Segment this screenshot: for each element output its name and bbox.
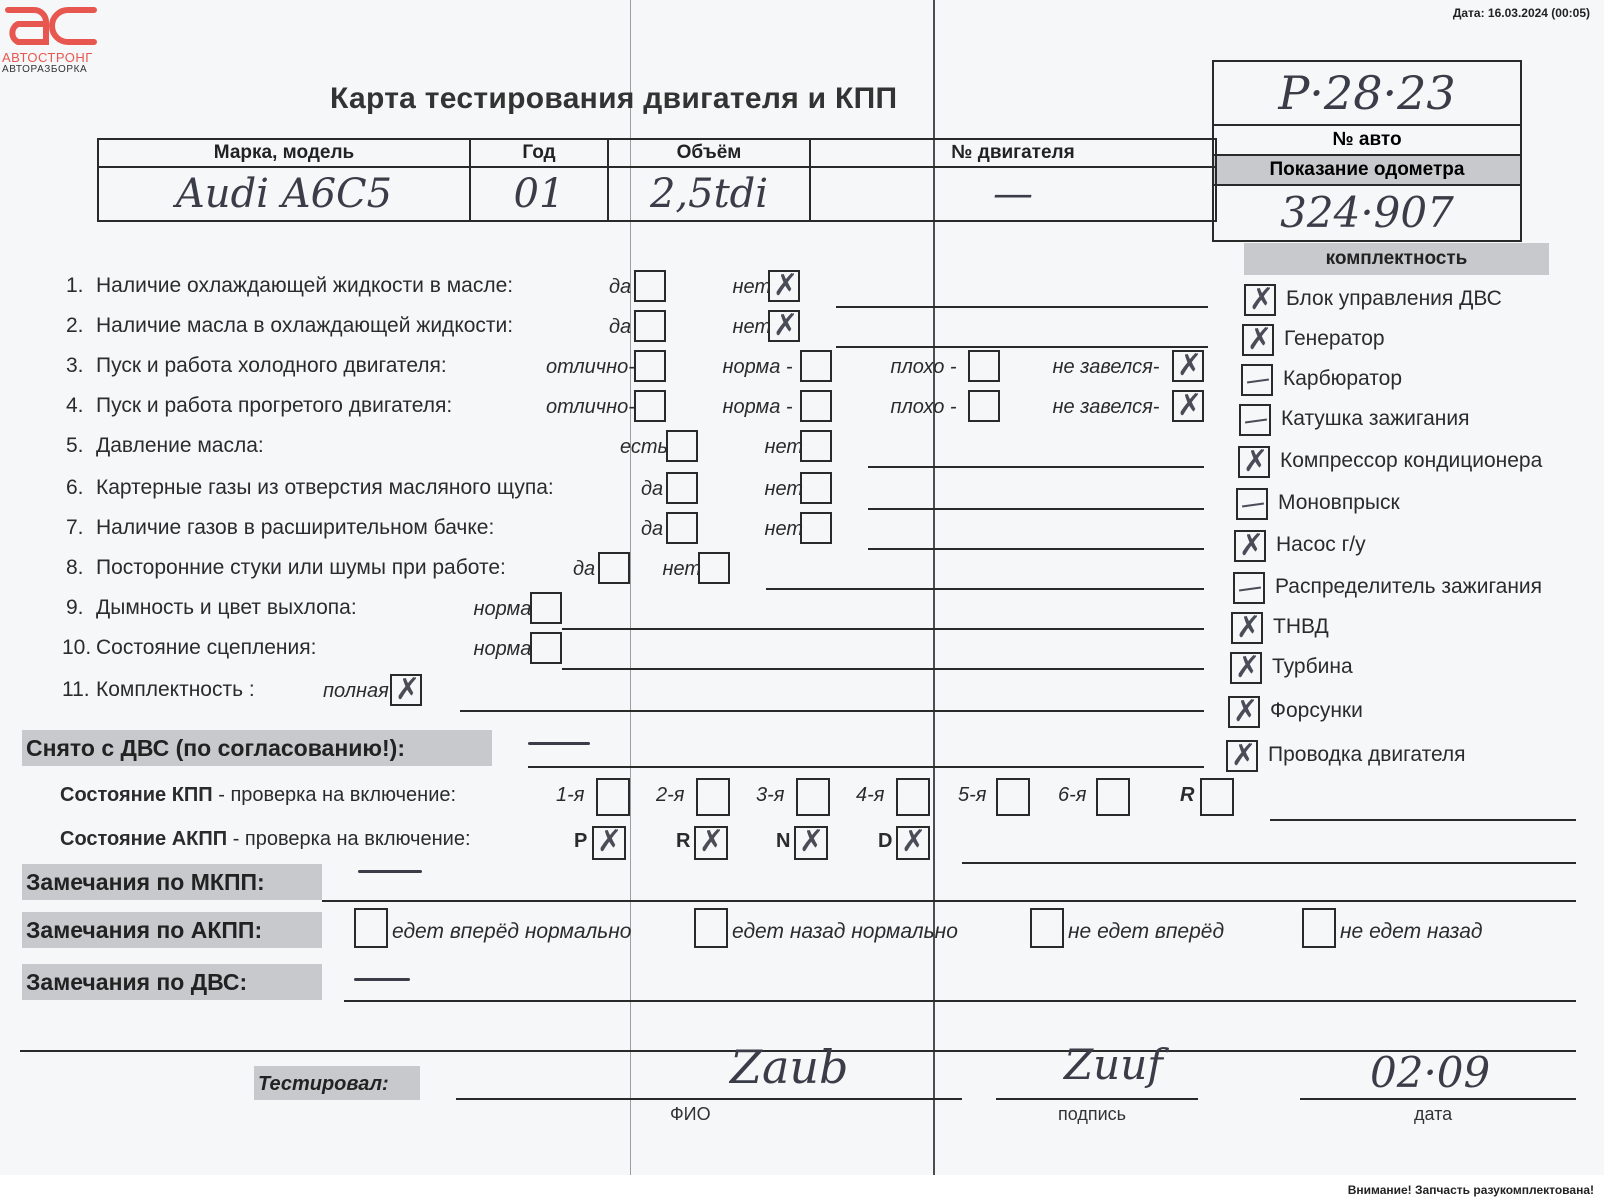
- at-remarks-label: Замечания по АКПП:: [22, 912, 322, 948]
- question-text: Пуск и работа прогретого двигателя:: [96, 394, 452, 418]
- question-label: 3.: [66, 354, 84, 378]
- question-label: 2.: [66, 314, 84, 338]
- mt-remarks-dash[interactable]: [358, 870, 422, 873]
- option-checkbox[interactable]: [666, 430, 698, 462]
- mt-remarks-label: Замечания по МКПП:: [22, 864, 322, 900]
- removed-label: Снято с ДВС (по согласованию!):: [22, 730, 492, 766]
- mt-check-label: Состояние КПП - проверка на включение:: [60, 784, 456, 807]
- completeness-checkbox[interactable]: [1230, 652, 1262, 684]
- mt-gear-label: 3-я: [756, 784, 784, 807]
- auto-number-value[interactable]: P·28·23: [1214, 62, 1520, 126]
- mt-gear-checkbox[interactable]: [796, 778, 830, 816]
- make-model-label: Марка, модель: [98, 139, 470, 167]
- option-label: плохо -: [891, 356, 957, 379]
- option-label: есть: [620, 436, 668, 459]
- signature-label: подпись: [1058, 1104, 1126, 1125]
- completeness-checkbox[interactable]: [1231, 612, 1263, 644]
- option-checkbox[interactable]: [390, 674, 422, 706]
- answer-line: [836, 346, 1208, 348]
- completeness-item-label: Генератор: [1284, 327, 1385, 351]
- at-gear-label: R: [676, 830, 690, 853]
- question-label: 5.: [66, 434, 84, 458]
- completeness-checkbox[interactable]: [1241, 364, 1273, 396]
- question-text: Дымность и цвет выхлопа:: [96, 596, 357, 620]
- at-gear-label: D: [878, 830, 892, 853]
- completeness-checkbox[interactable]: [1244, 284, 1276, 316]
- completeness-checkbox[interactable]: [1234, 530, 1266, 562]
- answer-line: [562, 628, 1204, 630]
- option-label: да: [573, 558, 595, 581]
- engine-number-label: № двигателя: [810, 139, 1216, 167]
- mt-gear-label: 1-я: [556, 784, 584, 807]
- name-line: [456, 1098, 962, 1100]
- name-label: ФИО: [670, 1104, 711, 1125]
- option-label: нет: [765, 436, 804, 459]
- answer-line: [562, 668, 1204, 670]
- tested-by-label: Тестировал:: [254, 1066, 420, 1100]
- option-checkbox[interactable]: [768, 310, 800, 342]
- option-label: не завелся-: [1053, 356, 1160, 379]
- option-label: норма -: [723, 396, 793, 419]
- year-value[interactable]: 01: [470, 167, 608, 221]
- at-remark-label: не едет вперёд: [1068, 920, 1224, 944]
- completeness-item-label: ТНВД: [1273, 615, 1329, 639]
- volume-value[interactable]: 2,5tdi: [608, 167, 810, 221]
- answer-line: [836, 306, 1208, 308]
- at-gear-checkbox[interactable]: [694, 826, 728, 860]
- option-checkbox[interactable]: [800, 390, 832, 422]
- option-checkbox[interactable]: [768, 270, 800, 302]
- option-label: да: [641, 518, 663, 541]
- at-remark-checkbox[interactable]: [1030, 908, 1064, 948]
- completeness-item-label: Распределитель зажигания: [1275, 575, 1542, 599]
- option-checkbox[interactable]: [634, 270, 666, 302]
- engine-remarks-dash[interactable]: [354, 978, 410, 981]
- mt-remarks-line: [322, 900, 1576, 902]
- completeness-checkbox[interactable]: [1242, 324, 1274, 356]
- volume-label: Объём: [608, 139, 810, 167]
- at-remark-label: едет назад нормально: [732, 920, 958, 944]
- completeness-checkbox[interactable]: [1226, 740, 1258, 772]
- option-label: нет: [733, 276, 772, 299]
- completeness-item-label: Катушка зажигания: [1281, 407, 1469, 431]
- mt-gear-checkbox[interactable]: [596, 778, 630, 816]
- question-text: Посторонние стуки или шумы при работе:: [96, 556, 506, 580]
- completeness-item-label: Турбина: [1272, 655, 1353, 679]
- option-checkbox[interactable]: [598, 552, 630, 584]
- at-gear-checkbox[interactable]: [794, 826, 828, 860]
- auto-number-label: № авто: [1214, 126, 1520, 156]
- test-card-sheet: АВТОСТРОНГ АВТОРАЗБОРКА Дата: 16.03.2024…: [0, 0, 1604, 1175]
- option-label: нет: [765, 478, 804, 501]
- removed-value-dash[interactable]: [528, 742, 590, 745]
- completeness-checkbox[interactable]: [1236, 488, 1268, 520]
- option-checkbox[interactable]: [530, 592, 562, 624]
- tester-signature[interactable]: Zuuf: [1064, 1040, 1163, 1089]
- completeness-item-label: Форсунки: [1270, 699, 1363, 723]
- option-checkbox[interactable]: [1172, 350, 1204, 382]
- mt-gear-checkbox[interactable]: [896, 778, 930, 816]
- completeness-checkbox[interactable]: [1228, 696, 1260, 728]
- question-label: 6.: [66, 476, 84, 500]
- at-gear-checkbox[interactable]: [592, 826, 626, 860]
- completeness-checkbox[interactable]: [1238, 446, 1270, 478]
- option-checkbox[interactable]: [800, 430, 832, 462]
- option-label: да: [609, 316, 631, 339]
- option-checkbox[interactable]: [634, 310, 666, 342]
- brand-name: АВТОСТРОНГ: [2, 50, 93, 65]
- option-label: норма -: [723, 356, 793, 379]
- question-label: 4.: [66, 394, 84, 418]
- autostrong-logo-icon: [2, 2, 98, 48]
- option-label: да: [609, 276, 631, 299]
- answer-line: [766, 588, 1204, 590]
- tester-name[interactable]: Zaub: [730, 1040, 848, 1094]
- question-label: 8.: [66, 556, 84, 580]
- answer-line: [868, 466, 1204, 468]
- question-text: Состояние сцепления:: [96, 636, 316, 660]
- mt-gear-label: 5-я: [958, 784, 986, 807]
- question-label: 11.: [62, 678, 90, 702]
- mt-gear-checkbox[interactable]: [696, 778, 730, 816]
- option-checkbox[interactable]: [800, 350, 832, 382]
- option-checkbox[interactable]: [698, 552, 730, 584]
- completeness-item-label: Проводка двигателя: [1268, 743, 1466, 767]
- option-label: норма: [474, 638, 532, 661]
- option-checkbox[interactable]: [968, 390, 1000, 422]
- at-remark-checkbox[interactable]: [1302, 908, 1336, 948]
- mt-gear-checkbox[interactable]: [996, 778, 1030, 816]
- completeness-header: комплектность: [1244, 243, 1549, 275]
- at-line: [962, 862, 1576, 864]
- question-label: 9.: [66, 596, 84, 620]
- mt-gear-label: 2-я: [656, 784, 684, 807]
- completeness-item-label: Блок управления ДВС: [1286, 287, 1502, 311]
- mt-gear-label: 4-я: [856, 784, 884, 807]
- option-label: норма: [474, 598, 532, 621]
- completeness-checkbox[interactable]: [1233, 572, 1265, 604]
- completeness-checkbox[interactable]: [1239, 404, 1271, 436]
- incomplete-warning: Внимание! Запчасть разукомплектована!: [1348, 1183, 1594, 1197]
- at-gear-label: P: [574, 830, 587, 853]
- option-checkbox[interactable]: [1172, 390, 1204, 422]
- question-label: 10.: [62, 636, 91, 660]
- mt-gear-checkbox[interactable]: [1096, 778, 1130, 816]
- answer-line: [868, 508, 1204, 510]
- option-checkbox[interactable]: [968, 350, 1000, 382]
- signature-line: [996, 1098, 1198, 1100]
- at-remark-checkbox[interactable]: [694, 908, 728, 948]
- completeness-item-label: Моновпрыск: [1278, 491, 1400, 515]
- brand-subtitle: АВТОРАЗБОРКА: [2, 64, 87, 75]
- option-label: отлично-: [546, 356, 635, 379]
- mt-gear-label: 6-я: [1058, 784, 1086, 807]
- option-checkbox[interactable]: [634, 390, 666, 422]
- at-remark-label: не едет назад: [1340, 920, 1482, 944]
- year-label: Год: [470, 139, 608, 167]
- engine-number-value[interactable]: —: [810, 167, 1216, 221]
- option-label: да: [641, 478, 663, 501]
- answer-line: [460, 710, 1204, 712]
- option-label: нет: [733, 316, 772, 339]
- option-label: плохо -: [891, 396, 957, 419]
- question-text: Наличие масла в охлаждающей жидкости:: [96, 314, 513, 338]
- question-text: Давление масла:: [96, 434, 264, 458]
- option-checkbox[interactable]: [800, 512, 832, 544]
- question-text: Пуск и работа холодного двигателя:: [96, 354, 447, 378]
- option-checkbox[interactable]: [530, 632, 562, 664]
- completeness-item-label: Насос г/у: [1276, 533, 1366, 557]
- option-checkbox[interactable]: [666, 512, 698, 544]
- option-label: не завелся-: [1053, 396, 1160, 419]
- question-text: Комплектность :: [96, 678, 255, 702]
- option-label: нет: [663, 558, 702, 581]
- completeness-item-label: Компрессор кондиционера: [1280, 449, 1542, 473]
- make-model-value[interactable]: Audi A6C5: [98, 167, 470, 221]
- at-remark-checkbox[interactable]: [354, 908, 388, 948]
- at-remark-label: едет вперёд нормально: [392, 920, 631, 944]
- completeness-item-label: Карбюратор: [1283, 367, 1402, 391]
- at-gear-label: N: [776, 830, 790, 853]
- option-label: полная: [323, 680, 389, 703]
- question-text: Наличие охлаждающей жидкости в масле:: [96, 274, 513, 298]
- question-label: 1.: [66, 274, 84, 298]
- date-line: [1300, 1098, 1576, 1100]
- answer-line: [868, 548, 1204, 550]
- odometer-value[interactable]: 324·907: [1214, 186, 1520, 240]
- engine-remarks-line: [344, 1000, 1576, 1002]
- print-date: Дата: 16.03.2024 (00:05): [1453, 6, 1590, 20]
- option-checkbox[interactable]: [634, 350, 666, 382]
- option-checkbox[interactable]: [800, 472, 832, 504]
- option-checkbox[interactable]: [666, 472, 698, 504]
- removed-line: [528, 766, 1204, 768]
- mt-line: [1270, 819, 1576, 821]
- question-label: 7.: [66, 516, 84, 540]
- at-gear-checkbox[interactable]: [896, 826, 930, 860]
- test-date[interactable]: 02·09: [1370, 1048, 1490, 1097]
- page-title: Карта тестирования двигателя и КПП: [330, 82, 897, 116]
- option-label: отлично-: [546, 396, 635, 419]
- vehicle-info-table: Марка, модель Год Объём № двигателя Audi…: [97, 138, 1217, 222]
- option-label: нет: [765, 518, 804, 541]
- mt-gear-checkbox[interactable]: [1200, 778, 1234, 816]
- auto-number-box: P·28·23 № авто Показание одометра 324·90…: [1212, 60, 1522, 242]
- question-text: Картерные газы из отверстия масляного щу…: [96, 476, 554, 500]
- mt-gear-label: R: [1180, 784, 1194, 807]
- odometer-label: Показание одометра: [1214, 156, 1520, 186]
- date-label: дата: [1414, 1104, 1452, 1125]
- at-check-label: Состояние АКПП - проверка на включение:: [60, 828, 471, 851]
- question-text: Наличие газов в расширительном бачке:: [96, 516, 494, 540]
- engine-remarks-label: Замечания по ДВС:: [22, 964, 322, 1000]
